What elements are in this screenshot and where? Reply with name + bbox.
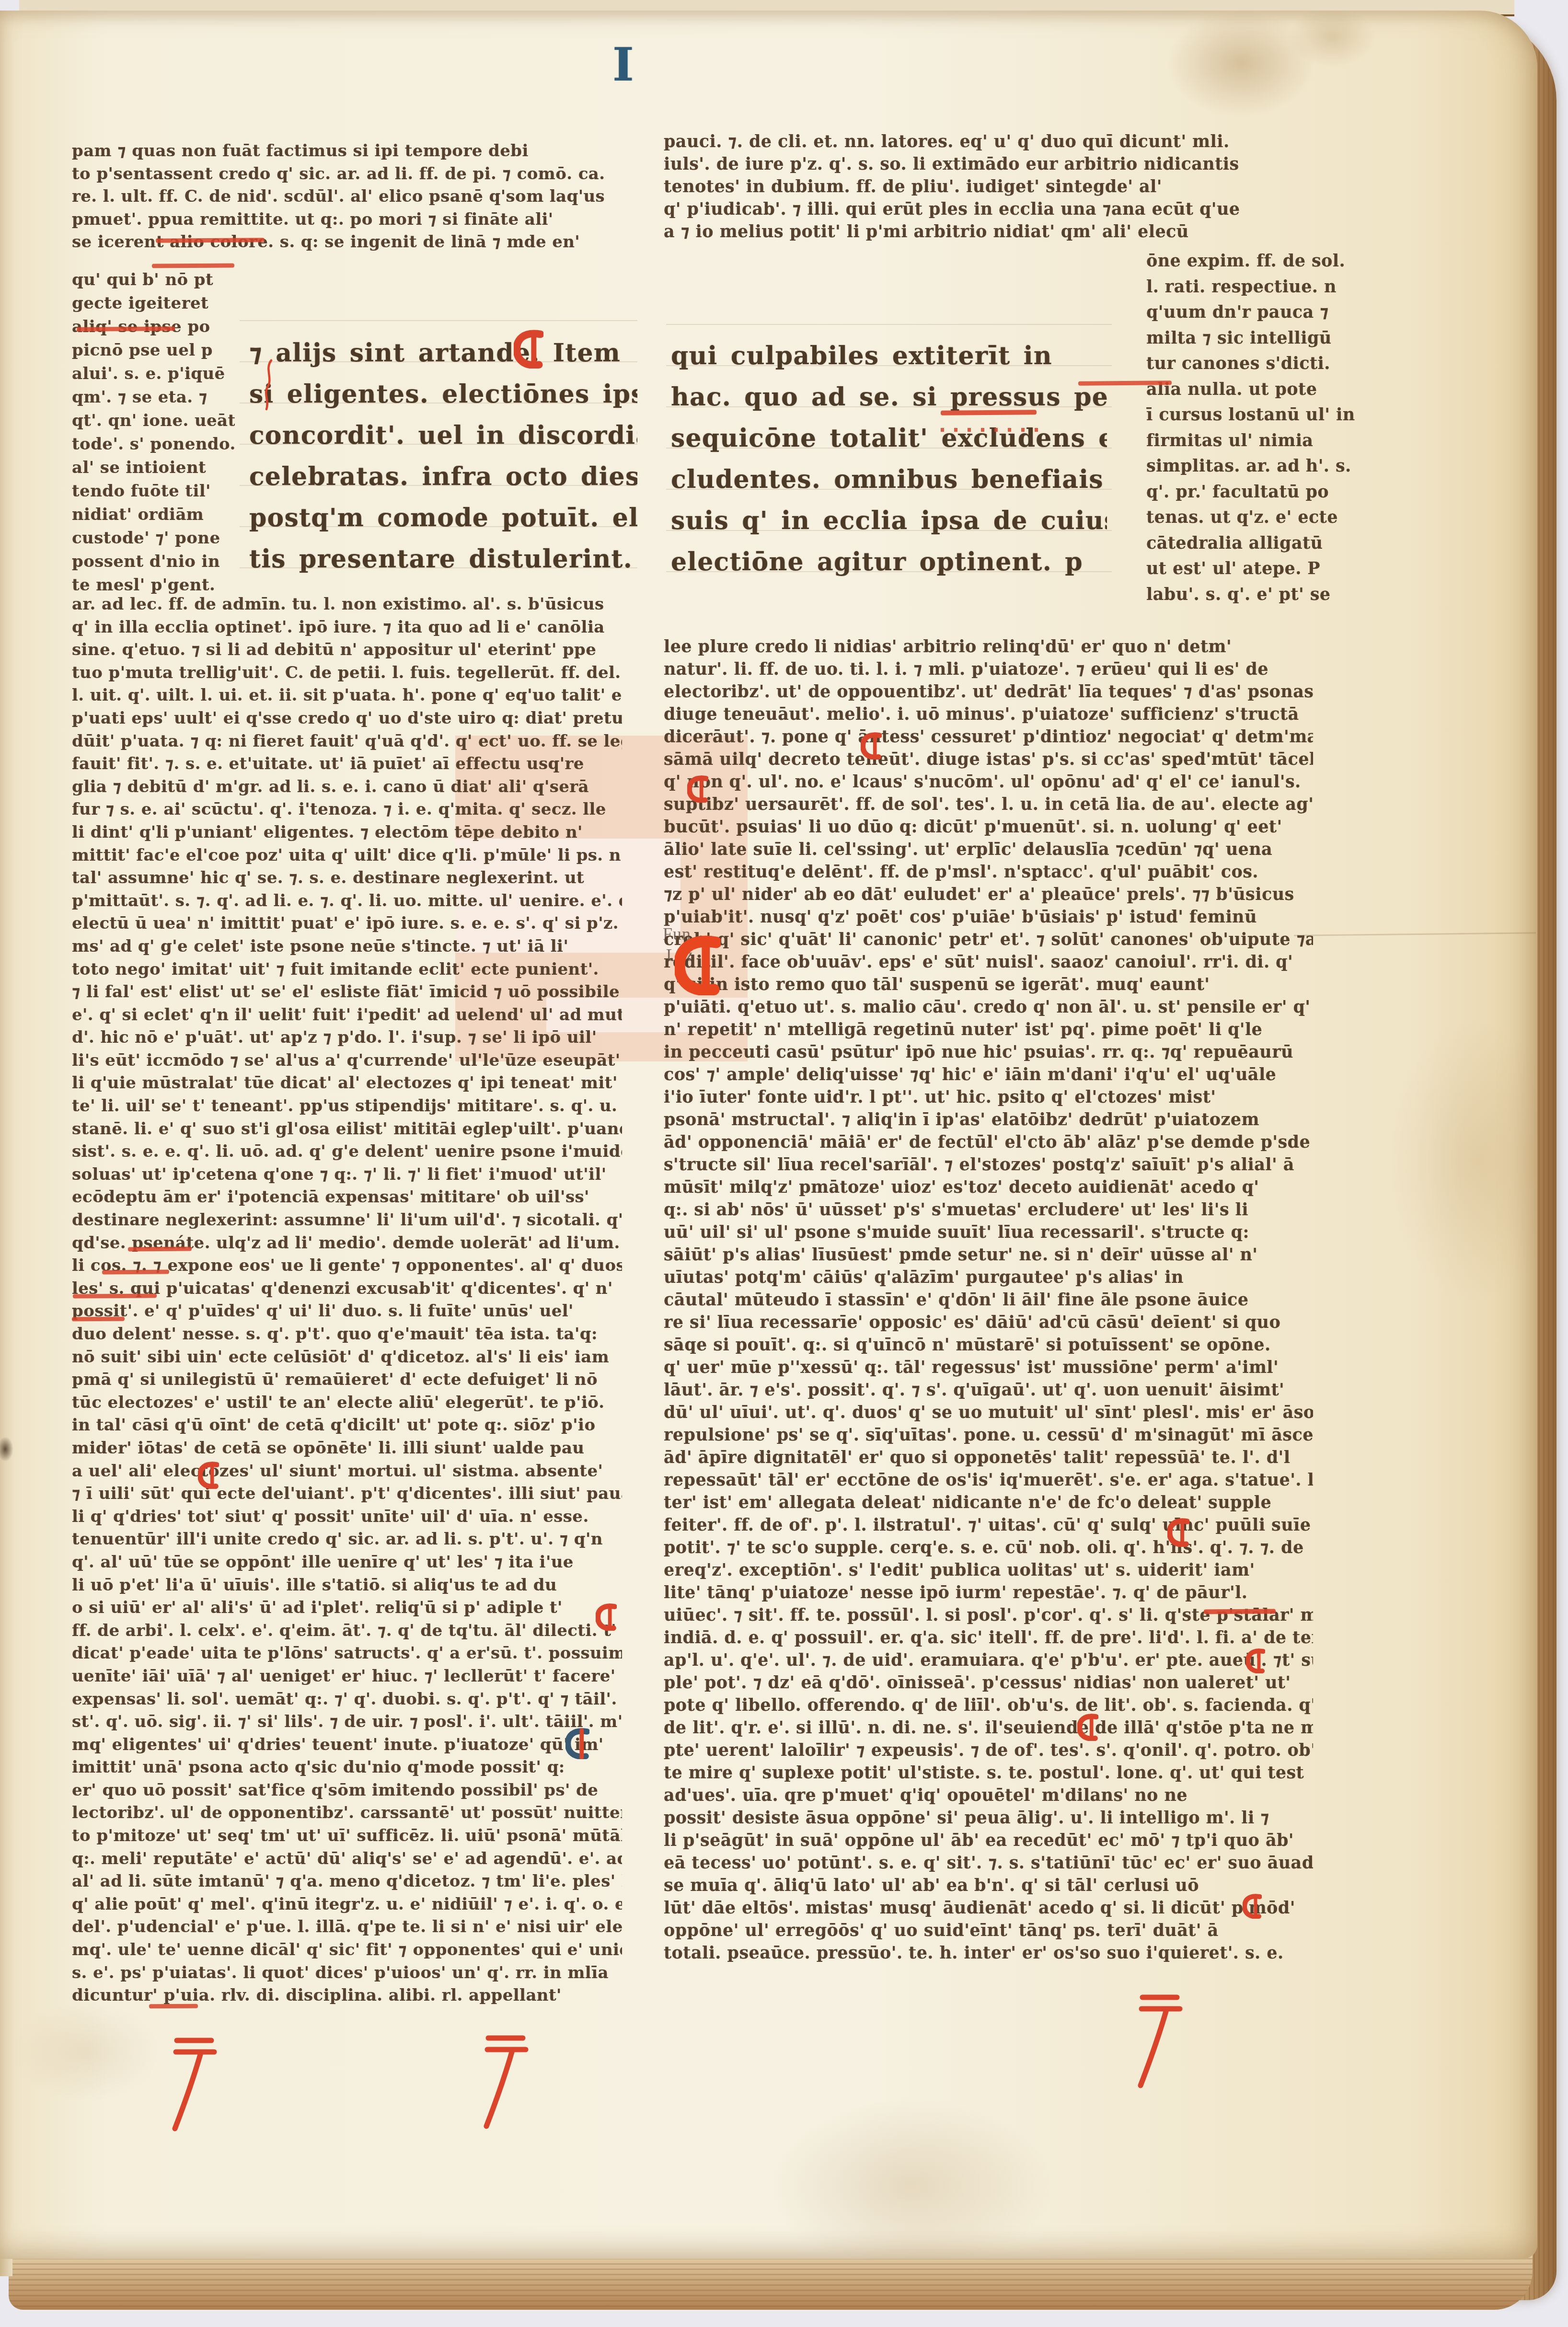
right-margin-gloss: ōne expim. ff. de sol.l. rati. respectiu… (1146, 248, 1395, 612)
manuscript-line: iuls'. de iure p'z. q'. s. so. li extimā… (664, 153, 1368, 175)
paraph-mark-icon (861, 732, 882, 761)
manuscript-line: glia ⁊ debitū d' m'gr. ad li. s. e. i. c… (72, 776, 622, 799)
red-underline (102, 1270, 169, 1275)
manuscript-line: nidiat' ordiām (72, 503, 235, 527)
manuscript-line: ereq'z'. exceptiōn'. s' l'edit' publica … (664, 1559, 1313, 1581)
manuscript-line: alui'. s. e. p'iquē (72, 362, 235, 386)
manuscript-line: eā tecess' uo' potūnt'. s. e. q' sit'. ⁊… (664, 1852, 1313, 1874)
manuscript-line: bucūt'. psuias' li uo dūo q: dicūt' p'mu… (664, 816, 1313, 838)
left-column-margin-gloss: qu' qui b' nō ptgecte igeiteretaliq' se … (72, 268, 235, 599)
manuscript-line: q:. meli' reputāte' e' actū' dū' aliq's'… (72, 1848, 622, 1871)
manuscript-line: ple' pot'. ⁊ dz' eā q'dō'. oīnisseā'. p'… (664, 1671, 1313, 1694)
manuscript-line: uū' uil' si' ul' psone s'muide suuīt' lī… (664, 1221, 1313, 1244)
manuscript-line: te mire q' suplexe potit' ul'stiste. s. … (664, 1762, 1313, 1784)
manuscript-line: diuge teneuāut'. melio'. i. uō minus'. p… (664, 703, 1313, 726)
manuscript-line: ut est' ul' atepe. P (1146, 556, 1395, 582)
manuscript-line: sine. q'etuo. ⁊ si li ad debitū n' appos… (72, 639, 622, 662)
quire-mark-icon (170, 2027, 223, 2132)
manuscript-line: se muīa q'. āliq'ū lato' ul' ab' ea b'n'… (664, 1874, 1313, 1897)
manuscript-line: a ⁊ io melius potit' li p'mi arbitrio ni… (664, 220, 1368, 243)
manuscript-line: pmuet'. ppua remittite. ut q:. po mori ⁊… (72, 208, 623, 231)
manuscript-line: er' quo uō possit' sat'fice q'sōm imiten… (72, 1779, 622, 1802)
manuscript-line: al' ad li. sūte imtanū' ⁊ q'a. meno q'di… (72, 1870, 622, 1893)
manuscript-line: st'. q'. uō. sig'. ii. ⁊' si' lils'. ⁊ d… (72, 1711, 622, 1734)
manuscript-line: creb' q' sic' q'uāt' li' canonic' petr' … (664, 928, 1313, 951)
manuscript-line: mq' eligentes' ui' q'dries' teuent' inut… (72, 1734, 622, 1757)
manuscript-line: e'. q' si eclet' q'n il' uelit' fuit' i'… (72, 1004, 622, 1027)
manuscript-line: re si' līua recessarīe' opposic' es' dāi… (664, 1311, 1313, 1334)
manuscript-line: qm'. ⁊ se eta. ⁊ (72, 386, 235, 409)
manuscript-line: li p'seāgūt' in suā' oppōne ul' āb' ea r… (664, 1829, 1313, 1852)
manuscript-line: in pecceuti casū' psūtur' ipō nue hic' p… (664, 1041, 1313, 1063)
manuscript-line: tur canones s'dicti. (1146, 351, 1395, 377)
manuscript-line: pte' uerent' laloīlir' ⁊ expeusis'. ⁊ de… (664, 1739, 1313, 1762)
manuscript-line: q' alie poūt' q' mel'. q'inū itegr'z. u.… (72, 1893, 622, 1916)
red-underline (156, 238, 265, 243)
right-column-main-gloss: lee plure credo li nidias' arbitrio reli… (664, 635, 1313, 1972)
paraph-mark-icon (1167, 1518, 1189, 1549)
manuscript-line: q'uum dn'r pauca ⁊ (1146, 300, 1395, 325)
red-strikethrough (941, 410, 1037, 415)
manuscript-line: ms' ad q' g'e celet' iste psone neūe s't… (72, 935, 622, 958)
manuscript-line: uiūec'. ⁊ sit'. ff. te. possūl'. l. si p… (664, 1604, 1313, 1626)
manuscript-line: possit'. e' q' p'uīdes' q' ui' li' duo. … (72, 1300, 622, 1323)
manuscript-line: fur ⁊ s. e. ai' scūctu'. q'. i'tenoza. ⁊… (72, 798, 622, 821)
manuscript-line: cāutal' mūteudo ī stassīn' e' q'dōn' li … (664, 1289, 1313, 1311)
manuscript-line: i'io īuter' fonte uid'r. l pt''. ut' hic… (664, 1086, 1313, 1108)
manuscript-line: sāiūt' p's alias' līusūest' pmde setur' … (664, 1244, 1313, 1266)
manuscript-line: lāut'. ār. ⁊ e's'. possit'. q'. ⁊ s'. q'… (664, 1379, 1313, 1401)
paraph-mark-icon (565, 1728, 589, 1761)
manuscript-line: electū ū uea' n' imittit' puat' e' ipō i… (72, 912, 622, 935)
manuscript-line: de lit'. q'r. e'. si illū'. n. di. ne. s… (664, 1716, 1313, 1739)
manuscript-line: milta ⁊ sic intelligū (1146, 325, 1395, 351)
manuscript-line: indiā. d. e. q' possuil'. er. q'a. sic' … (664, 1626, 1313, 1649)
manuscript-line: ⁊z p' ul' nider' ab eo dāt' euludet' er'… (664, 883, 1313, 906)
manuscript-line: se icerent alio colore. s. q: se ingenit… (72, 231, 623, 254)
manuscript-line: totali. pseaūce. pressūo'. te. h. inter'… (664, 1942, 1313, 1964)
manuscript-line: ecōdeptu ām er' i'potenciā expensas' mit… (72, 1186, 622, 1209)
manuscript-line: tenas. ut q'z. e' ecte (1146, 505, 1395, 530)
manuscript-line: li q'uie mūstralat' tūe dicat' al' elect… (72, 1072, 622, 1095)
manuscript-line: lūt' dāe eltōs'. mistas' musq' āudienāt'… (664, 1897, 1313, 1919)
red-underline (73, 1293, 157, 1298)
manuscript-line: q' uer' mūe p''xessū' q:. tāl' regessus'… (664, 1356, 1313, 1379)
manuscript-line: psonā' mstructal'. ⁊ aliq'in ī ip'as' el… (664, 1108, 1313, 1131)
manuscript-line: repessaūt' tāl' er' ecctōne de os'is' iq… (664, 1469, 1313, 1491)
left-column-main-gloss: ar. ad lec. ff. de admīn. tu. l. non exi… (72, 593, 622, 2031)
manuscript-line: destinare neglexerint: assumne' li' li'u… (72, 1209, 622, 1232)
manuscript-line: firmitas ul' nimia (1146, 428, 1395, 454)
manuscript-line: uenīte' iāi' uīā' ⁊ al' ueniget' er' hiu… (72, 1665, 622, 1688)
manuscript-line: sāqe si pouīt'. q:. si q'uīncō n' mūstar… (664, 1334, 1313, 1356)
manuscript-line: pmā q' si unilegistū ū' remaūieret' d' e… (72, 1369, 622, 1392)
paraph-mark-icon (1077, 1714, 1098, 1743)
manuscript-line: oppōne' ul' erregōōs' q' uo suid'eīnt' t… (664, 1919, 1313, 1942)
paraph-mark-icon (198, 1462, 219, 1491)
manuscript-line: qt'. qn' ione. ueāt (72, 409, 235, 433)
manuscript-line: ad'ues'. uīa. qre p'muet' q'iq' opouētel… (664, 1784, 1313, 1807)
manuscript-line: s'tructe sil' līua recel'sarīāl'. ⁊ el's… (664, 1153, 1313, 1176)
manuscript-line: d'. hic nō e' p'uāt'. ut' ap'z ⁊ p'do. l… (72, 1026, 622, 1049)
manuscript-line: labu'. s. q'. e' pt' se (1146, 582, 1395, 608)
manuscript-line: ⁊ alijs sint artande. Item (249, 333, 637, 374)
manuscript-line: rōditil'. face ob'uuāv'. eps' e' sūt' nu… (664, 951, 1313, 973)
manuscript-line: to p'sentassent credo q' sic. ar. ad li.… (72, 163, 623, 186)
manuscript-line: lee plure credo li nidias' arbitrio reli… (664, 635, 1313, 658)
paraph-mark-icon (687, 775, 708, 805)
manuscript-line: suis q' in ecclia ipsa de cuius (671, 500, 1107, 541)
manuscript-line: soluas' ut' ip'cetena q'one ⁊ q:. ⁊' li.… (72, 1163, 622, 1187)
manuscript-line: to p'mitoze' ut' seq' tm' ut' uī' suffic… (72, 1825, 622, 1848)
red-underline (128, 1247, 192, 1252)
manuscript-line: qui culpabiles extiterīt in (671, 335, 1107, 377)
right-column-top-gloss: pauci. ⁊. de cli. et. nn. latores. eq' u… (664, 130, 1368, 245)
manuscript-line: q'. pr.' facultatū po (1146, 479, 1395, 505)
manuscript-line: l. uit. q'. uilt. l. ui. et. ii. sit p'u… (72, 684, 622, 707)
manuscript-line: gecte igeiteret (72, 292, 235, 315)
main-text-block-right: qui culpabiles extiterīt inhac. quo ad s… (671, 335, 1107, 589)
manuscript-line: natur'. li. ff. de uo. ti. l. i. ⁊ mli. … (664, 658, 1313, 680)
manuscript-line: pauci. ⁊. de cli. et. nn. latores. eq' u… (664, 130, 1368, 153)
manuscript-line: toto nego' imitat' uit' ⁊ fuit imitande … (72, 958, 622, 981)
manuscript-line: tode'. s' ponendo. ⁊ (72, 433, 235, 456)
red-squiggle-icon (263, 358, 275, 411)
manuscript-line: qu' qui b' nō pt (72, 268, 235, 292)
manuscript-line: simplitas. ar. ad h'. s. (1146, 453, 1395, 479)
red-strikethrough (1204, 1609, 1276, 1614)
paraph-mark-icon (1243, 1894, 1262, 1921)
manuscript-line: cludentes. omnibus benefiais (671, 459, 1107, 500)
manuscript-line: te' li. uil' se' t' teneant'. pp'us stip… (72, 1095, 622, 1118)
manuscript-line: ar. ad lec. ff. de admīn. tu. l. non exi… (72, 593, 622, 616)
manuscript-line: del'. p'udencial' e' p'ue. l. illā. q'pe… (72, 1916, 622, 1939)
manuscript-line: sist'. s. e. e. q'. li. uō. ad. q' g'e d… (72, 1140, 622, 1163)
manuscript-line: dicerāut'. ⁊. pone q' āntess' cessuret' … (664, 726, 1313, 748)
manuscript-line: li's eūt' iccmōdo ⁊ se' al'us a' q'curre… (72, 1049, 622, 1072)
manuscript-line: ⁊ ī uili' sūt' qui ecte del'uiant'. p't'… (72, 1483, 622, 1506)
manuscript-line: ī cursus lostanū ul' in (1146, 402, 1395, 428)
paraph-mark-icon (1246, 1648, 1265, 1675)
manuscript-line: tendo fuōte til' (72, 480, 235, 503)
manuscript-line: potit'. ⁊' te sc'o supple. cerq'e. s. e.… (664, 1536, 1313, 1559)
manuscript-line: p'mittaūt'. s. ⁊. q'. ad li. e. ⁊. q'. l… (72, 890, 622, 913)
manuscript-line: suptibz' uersaurēt'. ff. de sol'. tes'. … (664, 793, 1313, 816)
manuscript-line: s. e'. ps' p'uiatas'. li quot' dices' p'… (72, 1962, 622, 1985)
manuscript-line: li dint' q'li p'uniant' eligentes. ⁊ ele… (72, 821, 622, 844)
manuscript-line: tis presentare distulerint. ipos (249, 539, 637, 580)
manuscript-photo: Fun Láz I pam ⁊ quas non fuāt factimus s… (0, 0, 1568, 2327)
manuscript-line: concordit'. uel in discordia (249, 415, 637, 456)
manuscript-line: si eligentes. electiōnes ipsis (249, 374, 637, 415)
manuscript-line: q'. al' uū' tūe se oppōnt' ille uenīre q… (72, 1551, 622, 1574)
manuscript-line: o si uiū' er' al' ali's' ū' ad i'plet'. … (72, 1597, 622, 1620)
manuscript-line: nō suit' sibi uin' ecte celūsiōt' d' q'd… (72, 1346, 622, 1369)
manuscript-line: mq'. ule' te' uenne dicāl' q' sic' fit' … (72, 1939, 622, 1962)
red-underline (77, 326, 175, 331)
manuscript-line: hac. quo ad se. si pressus per (671, 377, 1107, 418)
manuscript-line: ālio' late suīe li. cel'ssing'. ut' erpl… (664, 838, 1313, 861)
manuscript-line: picnō pse uel p (72, 339, 235, 362)
manuscript-line: fauit' fit'. ⁊. s. e. et'uitate. ut' iā … (72, 753, 622, 776)
manuscript-line: dūit' p'uata. ⁊ q: ni fieret fauit' q'uā… (72, 730, 622, 753)
red-underline (72, 1317, 125, 1322)
manuscript-line: ⁊ li fal' est' elist' ut' se' el' eslist… (72, 981, 622, 1004)
manuscript-line: stanē. li. e' q' suo st'i gl'osa eilist'… (72, 1118, 622, 1141)
manuscript-line: cos' ⁊' ample' deliq'uisse' ⁊q' hic' e' … (664, 1063, 1313, 1086)
manuscript-line: duo delent' nesse. s. q'. p't'. quo q'e'… (72, 1323, 622, 1346)
manuscript-line: lite' tānq' p'uiatoze' nesse ipō iurm' r… (664, 1581, 1313, 1604)
manuscript-line: tūc electozes' e' ustil' te an' electe a… (72, 1392, 622, 1415)
manuscript-line: p'uati eps' uult' ei q'sse credo q' uo d… (72, 707, 622, 730)
manuscript-line: q' p'iudicab'. ⁊ illi. qui erūt ples in … (664, 198, 1368, 220)
manuscript-line: ōne expim. ff. de sol. (1146, 248, 1395, 274)
red-underline (152, 263, 234, 268)
manuscript-line: p'uiab'it'. nusq' q'z' poēt' cos' p'uiāe… (664, 906, 1313, 928)
quire-mark-icon (1136, 1984, 1188, 2089)
red-underline (149, 2004, 198, 2009)
paraph-mark-icon (596, 1603, 617, 1633)
manuscript-line: ād' āpīre dignitatēl' er' quo si opponet… (664, 1446, 1313, 1469)
manuscript-line: dicat' p'eade' uita te p'lōns' satructs'… (72, 1642, 622, 1665)
manuscript-line: imittit' unā' psona acto q'sic du'nio q'… (72, 1756, 622, 1779)
manuscript-line: al' se intioient (72, 456, 235, 480)
manuscript-line: possent d'nio in (72, 550, 235, 574)
manuscript-line: ād' opponenciā' māiā' er' de fectūl' el'… (664, 1131, 1313, 1153)
manuscript-line: q' si in isto remo quo tāl' suspenū se i… (664, 973, 1313, 996)
manuscript-line: q' in illa ecclia optinet'. ipō iure. ⁊ … (72, 616, 622, 639)
manuscript-line: celebratas. infra octo dies ⁊ (249, 456, 637, 497)
paraph-mark-icon (675, 935, 721, 997)
manuscript-line: repulsione' ps' se q'. sīq'uītas'. pone.… (664, 1424, 1313, 1446)
manuscript-line: tuo p'muta trellig'uit'. C. de petii. l.… (72, 662, 622, 685)
manuscript-line: l. rati. respectiue. n (1146, 274, 1395, 300)
manuscript-line: postq'm comode potuīt. elec (249, 497, 637, 539)
main-text-block-left: ⁊ alijs sint artande. Itemsi eligentes. … (249, 333, 637, 582)
quire-mark-icon (482, 2025, 534, 2130)
manuscript-line: re. l. ult. ff. C. de nid'. scdūl'. al' … (72, 185, 623, 208)
manuscript-line: a uel' ali' electozes' ul' siunt' mortui… (72, 1460, 622, 1483)
manuscript-line: sequicōne totalit' excludens ex (671, 418, 1107, 459)
manuscript-line: cātedralia alligatū (1146, 530, 1395, 556)
manuscript-line: pam ⁊ quas non fuāt factimus si ipi temp… (72, 140, 623, 163)
manuscript-line: expensas' li. sol'. uemāt' q:. ⁊' q'. du… (72, 1688, 622, 1711)
expunction-dots (941, 428, 1039, 432)
manuscript-line: feiter'. ff. de of'. p'. l. ilstratul'. … (664, 1514, 1313, 1536)
manuscript-line: tenuentūr' ill'i unite credo q' sic. ar.… (72, 1528, 622, 1551)
manuscript-line: ap'l. u'. q'e'. ul'. ⁊. de uid'. eramuia… (664, 1649, 1313, 1671)
manuscript-line: possit' desiste āsua oppōne' si' peua āl… (664, 1807, 1313, 1829)
left-column-top-gloss: pam ⁊ quas non fuāt factimus si ipi temp… (72, 140, 623, 261)
manuscript-line: electiōne agitur optinent. p (671, 541, 1107, 583)
manuscript-line: li q' q'dries' tot' siut' q' possit' unī… (72, 1506, 622, 1529)
manuscript-line: custode' ⁊' pone (72, 527, 235, 550)
manuscript-line: electoribz'. ut' de oppouentibz'. ut' de… (664, 680, 1313, 703)
manuscript-line: uīutas' potq'm' cāiūs' q'alāzīm' purgaut… (664, 1266, 1313, 1289)
manuscript-line: p'uiāti. q'etuo ut'. s. malio cāu'. cred… (664, 996, 1313, 1018)
manuscript-line: dū' ul' uīui'. ut'. q'. duos' q' se uo m… (664, 1401, 1313, 1424)
manuscript-line: pote q' libello. offerendo. q' de liīl'.… (664, 1694, 1313, 1716)
manuscript-line: mūsīt' milq'z' pmātoze' uioz' es'toz' de… (664, 1176, 1313, 1198)
manuscript-line: ff. de arbi'. l. celx'. e'. q'eim. āt'. … (72, 1620, 622, 1643)
manuscript-line: in tal' cāsi q'ū oīnt' de cetā q'dicilt'… (72, 1414, 622, 1437)
paraph-mark-icon (514, 330, 543, 370)
manuscript-line: lectoribz'. ul' de opponentibz'. carssan… (72, 1802, 622, 1825)
manuscript-line: est' restituq'e delēnt'. ff. de p'msl'. … (664, 861, 1313, 883)
manuscript-line: tal' assumne' hic q' se. ⁊. s. e. destin… (72, 867, 622, 890)
manuscript-line: alia nulla. ut pote (1146, 377, 1395, 403)
manuscript-line: q:. si ab' nōs' ū' uūsset' p's' s'muetas… (664, 1198, 1313, 1221)
manuscript-line: q' non q'. ul'. no. e' lcaus' s'nucōm'. … (664, 771, 1313, 793)
red-underline (1078, 380, 1172, 385)
manuscript-line: mider' iōtas' de cetā se opōnēte' li. il… (72, 1437, 622, 1460)
folio-number: I (612, 37, 634, 92)
manuscript-line: n' repetit' n' mtelligā regetinū nuter' … (664, 1018, 1313, 1041)
manuscript-line: li uō p'et' li'a ū' uīuis'. ille s'tatiō… (72, 1574, 622, 1597)
manuscript-line: sāmā uilq' decreto teneūt'. diuge istas'… (664, 748, 1313, 771)
manuscript-line: tenotes' in dubium. ff. de pliu'. iudige… (664, 175, 1368, 198)
manuscript-line: mittit' fac'e el'coe poz' uita q' uilt' … (72, 844, 622, 867)
manuscript-line: ter' ist' em' allegata deleat' nidicante… (664, 1491, 1313, 1514)
